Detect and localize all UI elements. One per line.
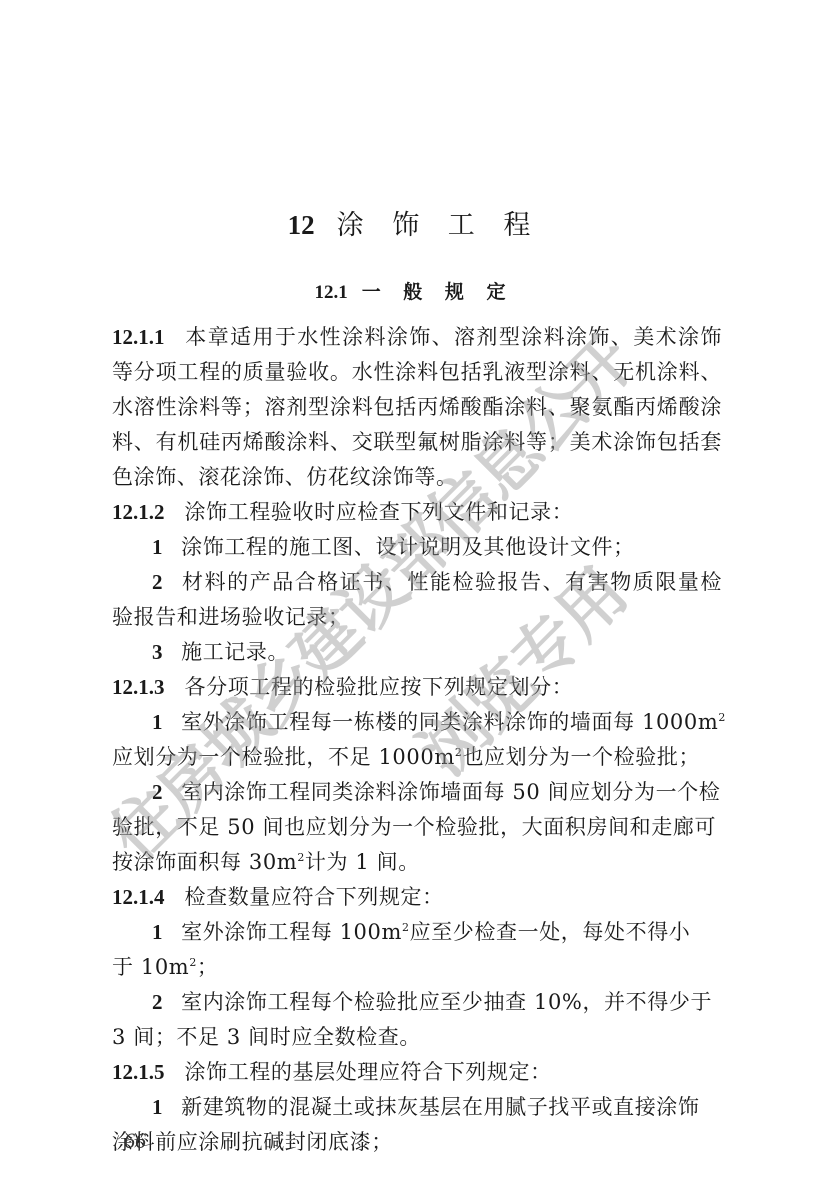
section-title: 12.1一 般 规 定: [0, 277, 828, 308]
clause-12-1-1-line-5: 色涂饰、滚花涂饰、仿花纹涂饰等。: [112, 462, 722, 492]
line-text: 等分项工程的质量验收。水性涂料包括乳液型涂料、无机涂料、: [112, 360, 722, 384]
item-number: 2: [152, 570, 163, 594]
clause-number: 12.1.1: [112, 325, 165, 349]
line-text: ；: [197, 955, 219, 979]
line-text: 涂料前应涂刷抗碱封闭底漆；: [112, 1130, 393, 1154]
item-number: 1: [152, 1095, 163, 1119]
line-text: 室内涂饰工程每个检验批应至少抽查 10%，并不得少于: [181, 990, 712, 1014]
line-text: 应划分为一个检验批，不足 1000m: [112, 745, 455, 769]
line-text: 室外涂饰工程每 100m: [181, 920, 402, 944]
superscript: 2: [718, 711, 726, 724]
line-text: 色涂饰、滚花涂饰、仿花纹涂饰等。: [112, 465, 458, 489]
clause-12-1-4-item-1: 1室外涂饰工程每 100m2应至少检查一处，每处不得小: [152, 917, 762, 947]
page-number: 66: [124, 1128, 146, 1154]
clause-12-1-1-line-1: 12.1.1本章适用于水性涂料涂饰、溶剂型涂料涂饰、美术涂饰: [112, 322, 722, 352]
line-text: 3 间；不足 3 间时应全数检查。: [112, 1025, 421, 1049]
line-text: 涂饰工程验收时应检查下列文件和记录：: [185, 500, 574, 524]
clause-number: 12.1.4: [112, 885, 165, 909]
clause-12-1-2-item-2-cont: 验报告和进场验收记录；: [112, 602, 722, 632]
line-text: 验报告和进场验收记录；: [112, 605, 350, 629]
line-text: 施工记录。: [181, 640, 289, 664]
line-text: 水溶性涂料等；溶剂型涂料包括丙烯酸酯涂料、聚氨酯丙烯酸涂: [112, 395, 722, 419]
line-text: 按涂饰面积每 30m: [112, 850, 297, 874]
item-number: 2: [152, 990, 163, 1014]
section-number: 12.1: [314, 282, 347, 303]
clause-12-1-5-item-1-cont: 涂料前应涂刷抗碱封闭底漆；: [112, 1127, 722, 1157]
clause-12-1-3-item-2-cont: 验批，不足 50 间也应划分为一个检验批，大面积房间和走廊可: [112, 812, 722, 842]
line-text: 计为 1 间。: [305, 850, 420, 874]
clause-12-1-3-item-2-cont-2: 按涂饰面积每 30m2计为 1 间。: [112, 847, 722, 877]
clause-number: 12.1.2: [112, 500, 165, 524]
chapter-number: 12: [288, 210, 315, 240]
line-text: 应至少检查一处，每处不得小: [410, 920, 691, 944]
clause-12-1-3-line-1: 12.1.3各分项工程的检验批应按下列规定划分：: [112, 672, 722, 702]
line-text: 验批，不足 50 间也应划分为一个检验批，大面积房间和走廊可: [112, 815, 716, 839]
chapter-title: 12涂 饰 工 程: [0, 205, 828, 246]
clause-12-1-1-line-3: 水溶性涂料等；溶剂型涂料包括丙烯酸酯涂料、聚氨酯丙烯酸涂: [112, 392, 722, 422]
clause-12-1-2-item-3: 3施工记录。: [152, 637, 762, 667]
item-number: 1: [152, 535, 163, 559]
clause-number: 12.1.3: [112, 675, 165, 699]
superscript: 2: [189, 956, 197, 969]
line-text: 检查数量应符合下列规定：: [185, 885, 444, 909]
clause-12-1-4-item-2-cont: 3 间；不足 3 间时应全数检查。: [112, 1022, 722, 1052]
item-number: 2: [152, 780, 163, 804]
line-text: 涂饰工程的基层处理应符合下列规定：: [185, 1060, 552, 1084]
section-title-text: 一 般 规 定: [362, 281, 514, 303]
line-text: 也应划分为一个检验批；: [462, 745, 700, 769]
clause-12-1-3-item-2: 2室内涂饰工程同类涂料涂饰墙面每 50 间应划分为一个检: [152, 777, 762, 807]
superscript: 2: [402, 921, 410, 934]
line-text: 本章适用于水性涂料涂饰、溶剂型涂料涂饰、美术涂饰: [185, 325, 723, 349]
item-number: 1: [152, 920, 163, 944]
clause-12-1-4-line-1: 12.1.4检查数量应符合下列规定：: [112, 882, 722, 912]
line-text: 室外涂饰工程每一栋楼的同类涂料涂饰的墙面每 1000m: [181, 710, 718, 734]
clause-12-1-5-line-1: 12.1.5涂饰工程的基层处理应符合下列规定：: [112, 1057, 722, 1087]
line-text: 室内涂饰工程同类涂料涂饰墙面每 50 间应划分为一个检: [181, 780, 720, 804]
line-text: 材料的产品合格证书、性能检验报告、有害物质限量检: [181, 570, 722, 594]
clause-12-1-3-item-1-cont: 应划分为一个检验批，不足 1000m2也应划分为一个检验批；: [112, 742, 722, 772]
clause-12-1-4-item-2: 2室内涂饰工程每个检验批应至少抽查 10%，并不得少于: [152, 987, 762, 1017]
line-text: 于 10m: [112, 955, 189, 979]
clause-12-1-5-item-1: 1新建筑物的混凝土或抹灰基层在用腻子找平或直接涂饰: [152, 1092, 762, 1122]
superscript: 2: [297, 851, 305, 864]
line-text: 料、有机硅丙烯酸涂料、交联型氟树脂涂料等；美术涂饰包括套: [112, 430, 722, 454]
chapter-title-text: 涂 饰 工 程: [337, 210, 541, 241]
line-text: 各分项工程的检验批应按下列规定划分：: [185, 675, 574, 699]
clause-number: 12.1.5: [112, 1060, 165, 1084]
line-text: 涂饰工程的施工图、设计说明及其他设计文件；: [181, 535, 635, 559]
clause-12-1-1-line-2: 等分项工程的质量验收。水性涂料包括乳液型涂料、无机涂料、: [112, 357, 722, 387]
document-page: 12涂 饰 工 程 12.1一 般 规 定 12.1.1本章适用于水性涂料涂饰、…: [0, 0, 828, 1198]
line-text: 新建筑物的混凝土或抹灰基层在用腻子找平或直接涂饰: [181, 1095, 699, 1119]
clause-12-1-1-line-4: 料、有机硅丙烯酸涂料、交联型氟树脂涂料等；美术涂饰包括套: [112, 427, 722, 457]
clause-12-1-2-line-1: 12.1.2涂饰工程验收时应检查下列文件和记录：: [112, 497, 722, 527]
item-number: 3: [152, 640, 163, 664]
clause-12-1-2-item-1: 1涂饰工程的施工图、设计说明及其他设计文件；: [152, 532, 762, 562]
clause-12-1-4-item-1-cont: 于 10m2；: [112, 952, 722, 982]
item-number: 1: [152, 710, 163, 734]
clause-12-1-3-item-1: 1室外涂饰工程每一栋楼的同类涂料涂饰的墙面每 1000m2: [152, 707, 762, 737]
clause-12-1-2-item-2: 2材料的产品合格证书、性能检验报告、有害物质限量检: [152, 567, 722, 597]
